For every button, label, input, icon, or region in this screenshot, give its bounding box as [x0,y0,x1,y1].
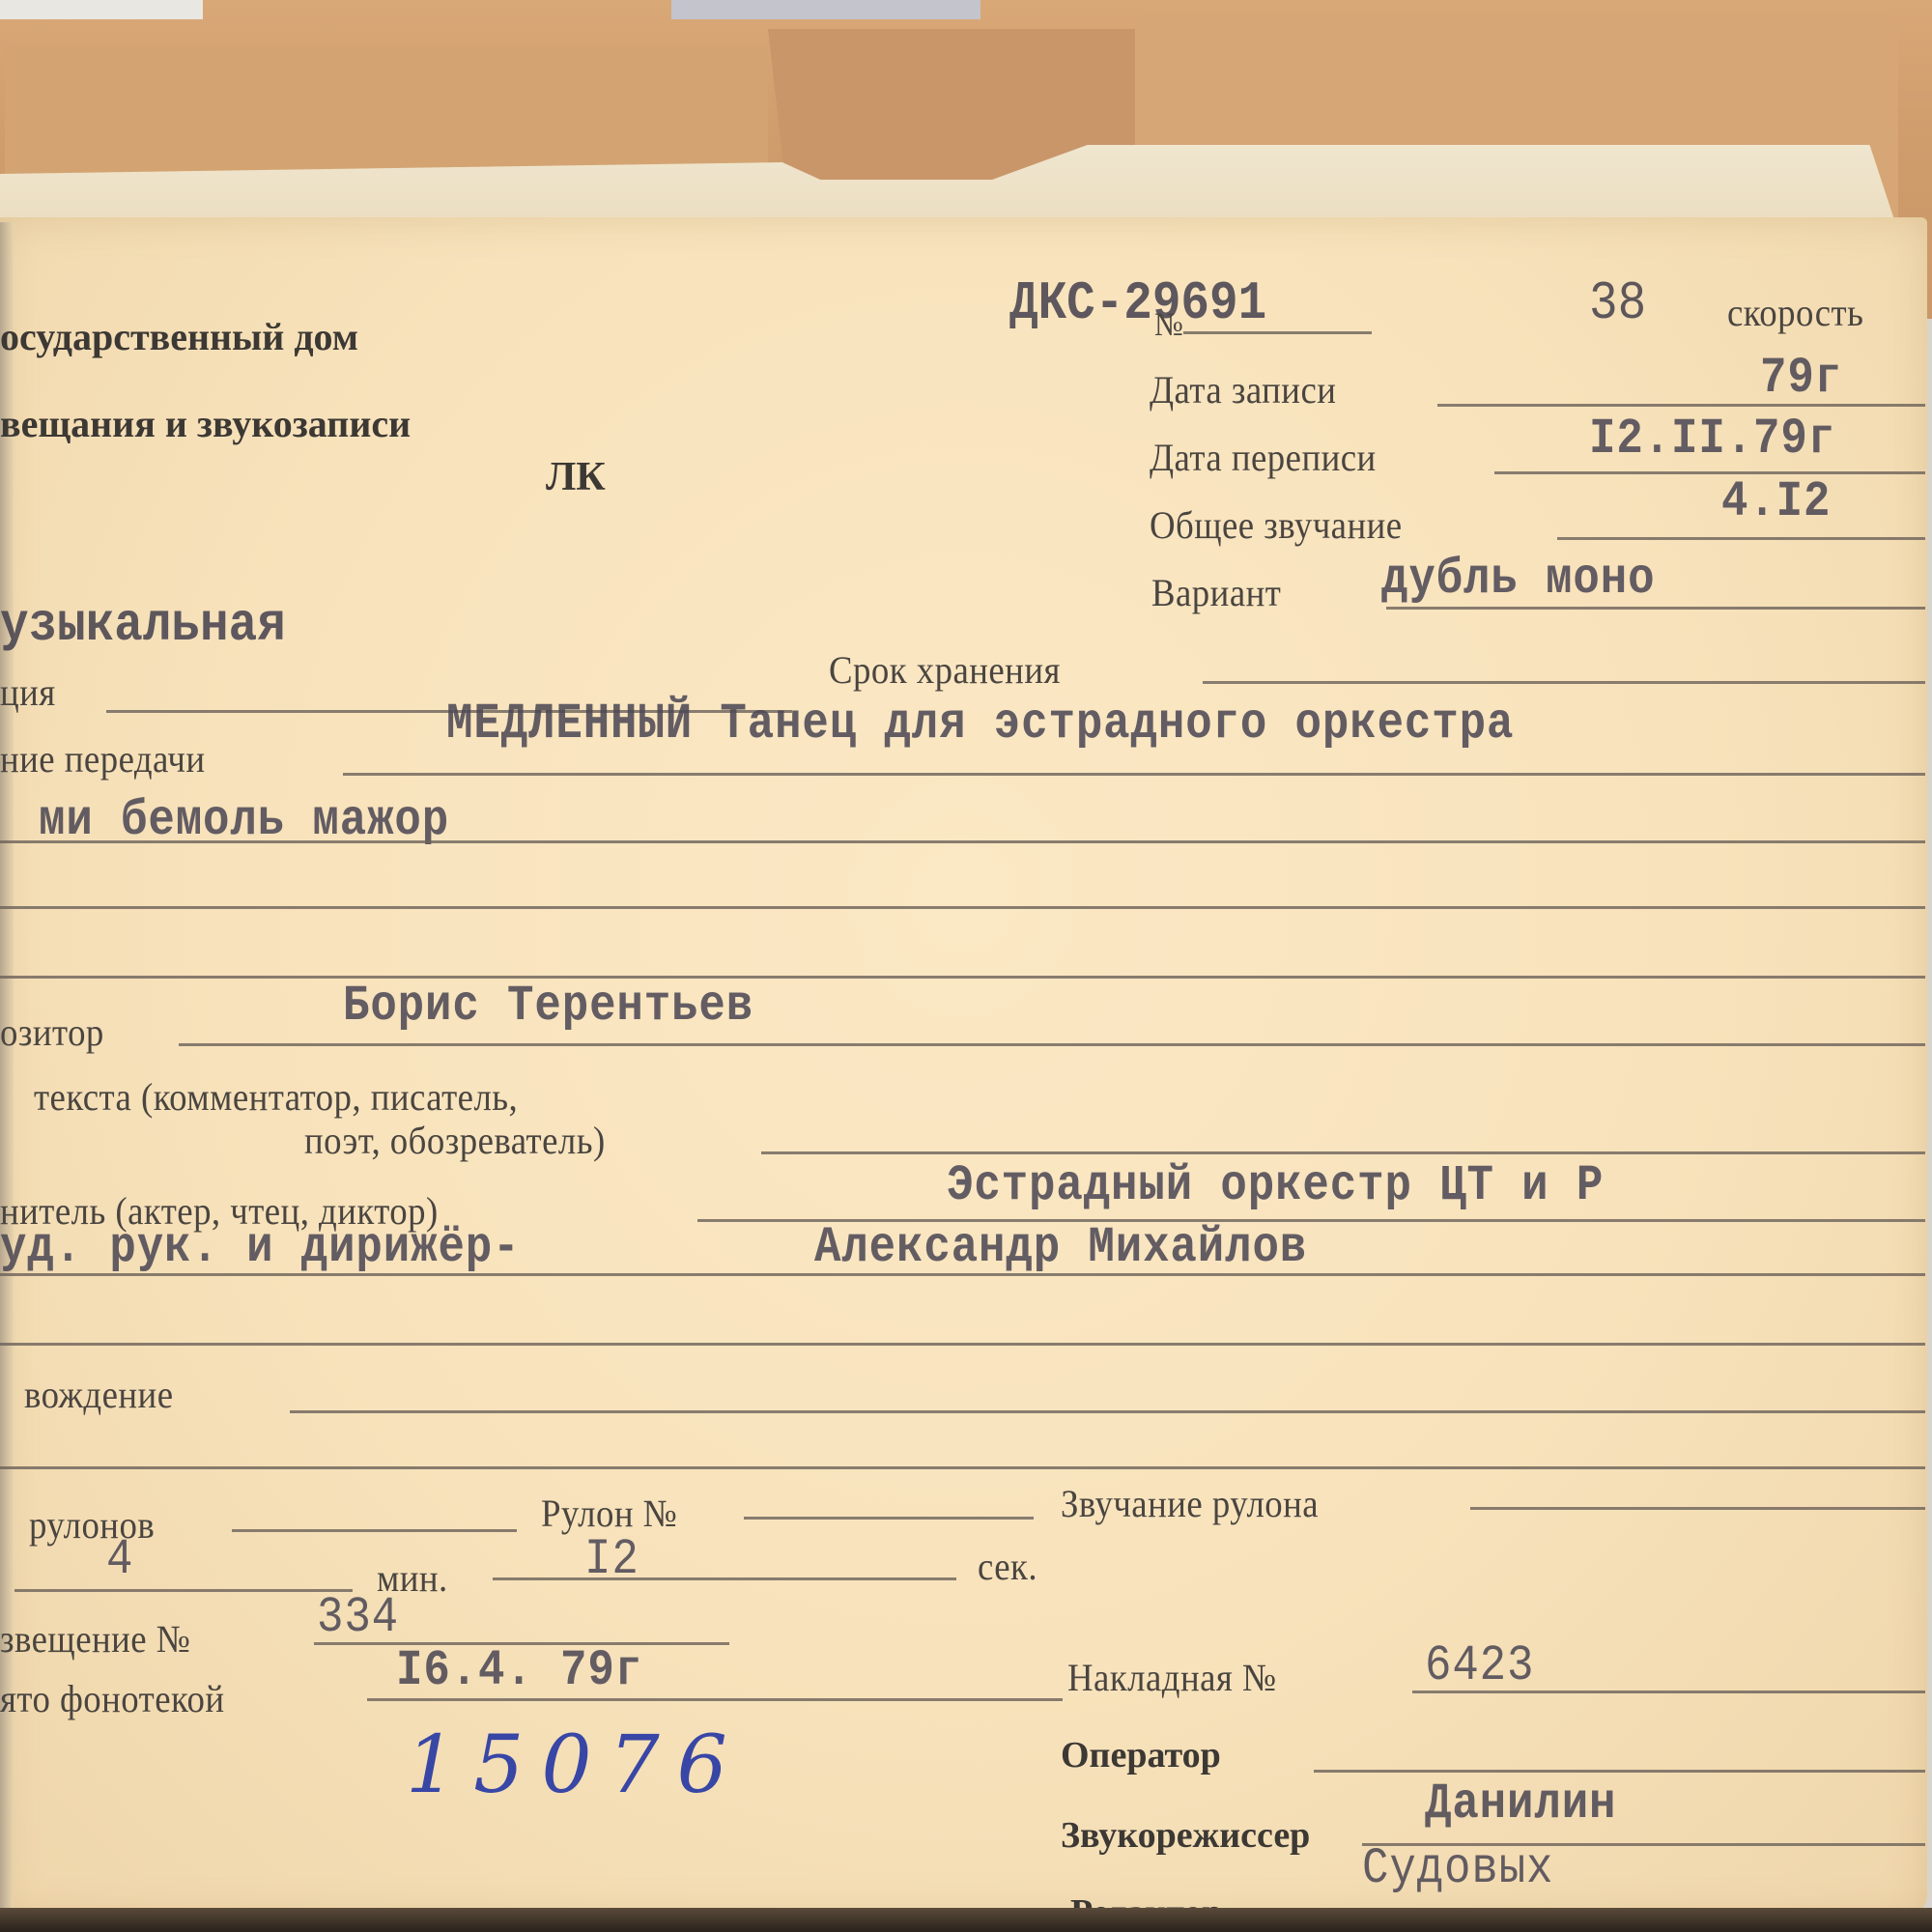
card-bottom-edge [0,1908,1932,1932]
conductor-value: Александр Михайлов [814,1219,1307,1276]
handwritten-archive-number: 15076 [406,1719,745,1811]
org-tag: ЛК [546,454,606,500]
reel-count-value: 4 [106,1531,133,1588]
accepted-line [367,1698,1063,1701]
reel-count-label: рулонов [29,1502,155,1548]
seconds-label: сек. [978,1544,1037,1589]
invoice-value: 6423 [1425,1637,1534,1694]
storage-period-line [1203,681,1925,684]
conductor-prefix: уд. рук. и дирижёр- [0,1219,520,1276]
rerecord-date-line [1494,471,1925,474]
total-duration-value: 4.I2 [1721,473,1831,530]
sound-engineer-value2: Судовых [1362,1840,1553,1897]
recording-date-value: 79г [1760,350,1842,407]
notice-label: звещение № [0,1616,190,1662]
edition-type-value: узыкальная [0,594,286,656]
background-gap [671,0,980,19]
org-name-line2: вещания и звукозаписи [0,401,411,446]
storage-period-label: Срок хранения [829,647,1061,693]
rerecord-date-value: I2.II.79г [1589,411,1835,468]
text-author-label-cont: поэт, обозреватель) [304,1118,606,1163]
background-gap [0,0,203,19]
reel-number-line [744,1517,1034,1520]
accompaniment-line [290,1410,1925,1413]
performer-value: Эстрадный оркестр ЦТ и Р [947,1157,1604,1214]
accepted-date-value: I6.4. 79г [396,1642,642,1699]
operator-label: Оператор [1061,1734,1221,1776]
reel-duration-line [1470,1507,1925,1510]
form-line [0,906,1925,909]
notice-value: 334 [317,1589,399,1646]
composer-value: Борис Терентьев [343,978,753,1035]
total-duration-label: Общее звучание [1150,502,1403,548]
conductor-line [0,1273,1925,1276]
speed-value: 38 [1589,272,1646,334]
form-line [0,1466,1925,1469]
card-torn-left-edge [0,222,14,1922]
edition-label: ция [0,669,56,715]
reel-number-label: Рулон № [541,1491,677,1536]
variant-value: дубль моно [1381,551,1655,608]
composer-line [179,1043,1925,1046]
sound-engineer-value1: Данилин [1425,1776,1616,1833]
text-author-label: текста (комментатор, писатель, [34,1074,518,1120]
catalog-number: ДКС-29691 [1009,272,1266,334]
org-name-line1: осударственный дом [0,314,358,359]
operator-line [1314,1770,1925,1773]
program-title-label: ние передачи [0,736,206,781]
text-author-line [761,1151,1925,1154]
minutes-line [14,1589,353,1592]
rerecord-date-label: Дата переписи [1150,435,1377,480]
variant-label: Вариант [1151,570,1281,615]
recording-date-label: Дата записи [1150,367,1336,412]
program-title-line [343,773,1925,776]
invoice-line [1412,1690,1925,1693]
sound-engineer-label: Звукорежиссер [1061,1814,1310,1857]
form-line [0,840,1925,843]
invoice-label: Накладная № [1067,1655,1277,1700]
catalog-number-line [1183,331,1372,334]
seconds-line [493,1577,956,1580]
accepted-label: ято фонотекой [0,1676,224,1721]
accompaniment-label: вождение [24,1372,174,1417]
number-sign: № [1154,307,1183,344]
form-line [0,1343,1925,1346]
reel-duration-label: Звучание рулона [1061,1481,1319,1526]
speed-label: скорость [1727,290,1863,335]
recording-date-line [1437,404,1925,407]
form-line [0,976,1925,979]
reel-count-line [232,1529,517,1532]
total-duration-line [1557,537,1925,540]
composer-label: озитор [0,1009,104,1055]
program-title-value: МЕДЛЕННЫЙ Танец для эстрадного оркестра [446,696,1514,753]
